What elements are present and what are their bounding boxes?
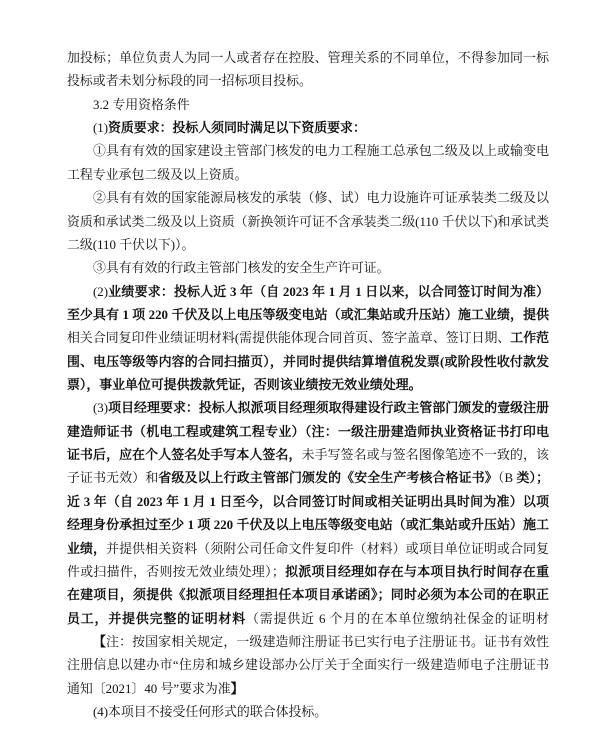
text: 注：按国家相关规定，一级建造师注册证书已实行电子注册证书。证书有效性及 <box>93 635 549 654</box>
text: 工程专业承包二级及以上资质。 <box>67 168 247 182</box>
bold-text: 工作范 <box>510 331 549 345</box>
text: （B <box>498 471 517 485</box>
text: 加投标；单位负责人为同一人或者存在控股、管理关系的不同单位，不得参加同一标段 <box>67 51 549 70</box>
paragraph-line: 二级(110 千伏以下)）。 <box>67 234 549 257</box>
paragraph-line: 相关合同复印件业绩证明材料(需提供能体现合同首页、签字盖章、签订日期、工作范 <box>67 327 549 350</box>
bold-text: 类）； <box>516 471 549 485</box>
paragraph-line: 加投标；单位负责人为同一人或者存在控股、管理关系的不同单位，不得参加同一标段 <box>67 47 549 70</box>
paragraph-line: 经理身份承担过至少 1 项 220 千伏及以上电压等级变电站（或汇集站或升压站）… <box>67 514 549 537</box>
paragraph-line: 围、电压等级等内容的合同扫描页），并同时提供结算增值税发票(或阶段性收付款发 <box>67 351 549 374</box>
text: 资质和承试类二级及以上资质（新换领许可证不含承装类二级(110 千伏以下)和承试… <box>67 215 549 229</box>
paragraph-line: 员工，并提供完整的证明材料（需提供近 6 个月的在本单位缴纳社保金的证明材料）。 <box>67 608 549 631</box>
paragraph-line: 通知〔2021〕40 号”要求为准】 <box>67 678 549 701</box>
paragraph-line: 票），事业单位可提供拨款凭证，否则该业绩按无效业绩处理。 <box>67 374 549 397</box>
text: 子证书无效）和 <box>67 471 158 485</box>
paragraph-line: 资质和承试类二级及以上资质（新换领许可证不含承装类二级(110 千伏以下)和承试… <box>67 211 549 234</box>
text: ③具有有效的行政主管部门核发的安全生产许可证。 <box>93 261 389 275</box>
requirement-3-heading: (3)项目经理要求：投标人拟派项目经理须取得建设行政主管部门颁发的壹级注册 <box>67 397 549 420</box>
text: 二级(110 千伏以下)）。 <box>67 238 194 252</box>
text: 投标或者未划分标段的同一招标项目投标。 <box>67 74 312 88</box>
bold-text: 在建项目，须提供《拟派项目经理担任本项目承诺函》；同时必须为本公司的在职正式 <box>67 588 549 607</box>
paragraph-line: 投标或者未划分标段的同一招标项目投标。 <box>67 70 549 93</box>
requirement-1-heading: (1)资质要求：投标人须同时满足以下资质要求： <box>67 117 549 140</box>
paragraph-line: 子证书无效）和省级及以上行政主管部门颁发的《安全生产考核合格证书》（B 类）； <box>67 467 549 490</box>
paragraph-line: 业绩，并提供相关资料（须附公司任命文件复印件（材料）或项目单位证明或合同复印 <box>67 538 549 561</box>
note-paragraph: 【注：按国家相关规定，一级建造师注册证书已实行电子注册证书。证书有效性及 <box>67 631 549 654</box>
section-heading: 3.2 专用资格条件 <box>67 94 549 117</box>
qualification-item-1: ①具有有效的国家建设主管部门核发的电力工程施工总承包二级及以上或输变电 <box>67 140 549 163</box>
bold-text: 项目经理要求：投标人拟派项目经理须取得建设行政主管部门颁发的壹级注册 <box>108 401 549 415</box>
paragraph-line: 近 3 年（自 2023 年 1 月 1 日至今，以合同签订时间或相关证明出具时… <box>67 491 549 514</box>
bold-text: 建造师证书（机电工程或建筑工程专业）（注：一级注册建造师执业资格证书打印电子 <box>67 425 549 444</box>
item-number: (2) <box>93 285 108 299</box>
bold-text: 省级及以上行政主管部门颁发的《安全生产考核合格证书》 <box>158 471 497 485</box>
bold-text: 票），事业单位可提供拨款凭证，否则该业绩按无效业绩处理。 <box>67 378 422 392</box>
bold-text: 证书后，应在个人签名处手写本人签名， <box>67 448 302 462</box>
item-number: (1) <box>93 121 108 135</box>
paragraph-line: 至少具有 1 项 220 千伏及以上电压等级变电站（或汇集站或升压站）施工业绩，… <box>67 304 549 327</box>
requirement-2-heading: (2)业绩要求：投标人近 3 年（自 2023 年 1 月 1 日以来，以合同签… <box>67 281 549 304</box>
paragraph-line: 件或扫描件，否则按无效业绩处理）；拟派项目经理如存在与本项目执行时间存在重叠 <box>67 561 549 584</box>
document-page: 加投标；单位负责人为同一人或者存在控股、管理关系的不同单位，不得参加同一标段 投… <box>67 47 549 724</box>
bracket-open: 【 <box>93 635 106 649</box>
text: ①具有有效的国家建设主管部门核发的电力工程施工总承包二级及以上或输变电 <box>93 144 549 158</box>
bold-text: 近 3 年（自 2023 年 1 月 1 日至今，以合同签订时间或相关证明出具时… <box>67 495 549 514</box>
qualification-item-2: ②具有有效的国家能源局核发的承装（修、试）电力设施许可证承装类二级及以上 <box>67 187 549 210</box>
text: 通知〔2021〕40 号”要求为准 <box>67 682 231 696</box>
paragraph-line: 建造师证书（机电工程或建筑工程专业）（注：一级注册建造师执业资格证书打印电子 <box>67 421 549 444</box>
bold-text: 经理身份承担过至少 1 项 220 千伏及以上电压等级变电站（或汇集站或升压站）… <box>67 518 549 532</box>
requirement-4: (4)本项目不接受任何形式的联合体投标。 <box>67 701 549 724</box>
bold-text: 围、电压等级等内容的合同扫描页），并同时提供结算增值税发票(或阶段性收付款发 <box>67 355 549 369</box>
text: ②具有有效的国家能源局核发的承装（修、试）电力设施许可证承装类二级及以上 <box>93 191 549 210</box>
paragraph-line: 证书后，应在个人签名处手写本人签名，未手写签名或与签名图像笔迹不一致的，该电 <box>67 444 549 467</box>
bold-text: 员工，并提供完整的证明材料 <box>67 612 246 626</box>
text: 注册信息以建办市“住房和城乡建设部办公厅关于全面实行一级建造师电子注册证书的 <box>67 658 549 677</box>
text: (4)本项目不接受任何形式的联合体投标。 <box>93 705 327 719</box>
paragraph-line: 注册信息以建办市“住房和城乡建设部办公厅关于全面实行一级建造师电子注册证书的 <box>67 654 549 677</box>
bracket-close: 】 <box>231 682 244 696</box>
bold-text: 至少具有 1 项 220 千伏及以上电压等级变电站（或汇集站或升压站）施工业绩，… <box>67 308 549 322</box>
text: 件或扫描件，否则按无效业绩处理）； <box>67 565 285 579</box>
bold-text: 业绩， <box>67 542 106 556</box>
text: 并提供相关资料（须附公司任命文件复印件（材料）或项目单位证明或合同复印 <box>67 542 549 561</box>
item-number: (3) <box>93 401 108 415</box>
paragraph-line: 在建项目，须提供《拟派项目经理担任本项目承诺函》；同时必须为本公司的在职正式 <box>67 584 549 607</box>
bold-text: 资质要求：投标人须同时满足以下资质要求： <box>108 121 366 135</box>
section-heading-text: 3.2 专用资格条件 <box>93 98 190 112</box>
qualification-item-3: ③具有有效的行政主管部门核发的安全生产许可证。 <box>67 257 549 280</box>
text: 相关合同复印件业绩证明材料(需提供能体现合同首页、签字盖章、签订日期、 <box>67 331 510 345</box>
bold-text: 业绩要求：投标人近 3 年（自 2023 年 1 月 1 日以来，以合同签订时间… <box>108 285 549 299</box>
paragraph-line: 工程专业承包二级及以上资质。 <box>67 164 549 187</box>
